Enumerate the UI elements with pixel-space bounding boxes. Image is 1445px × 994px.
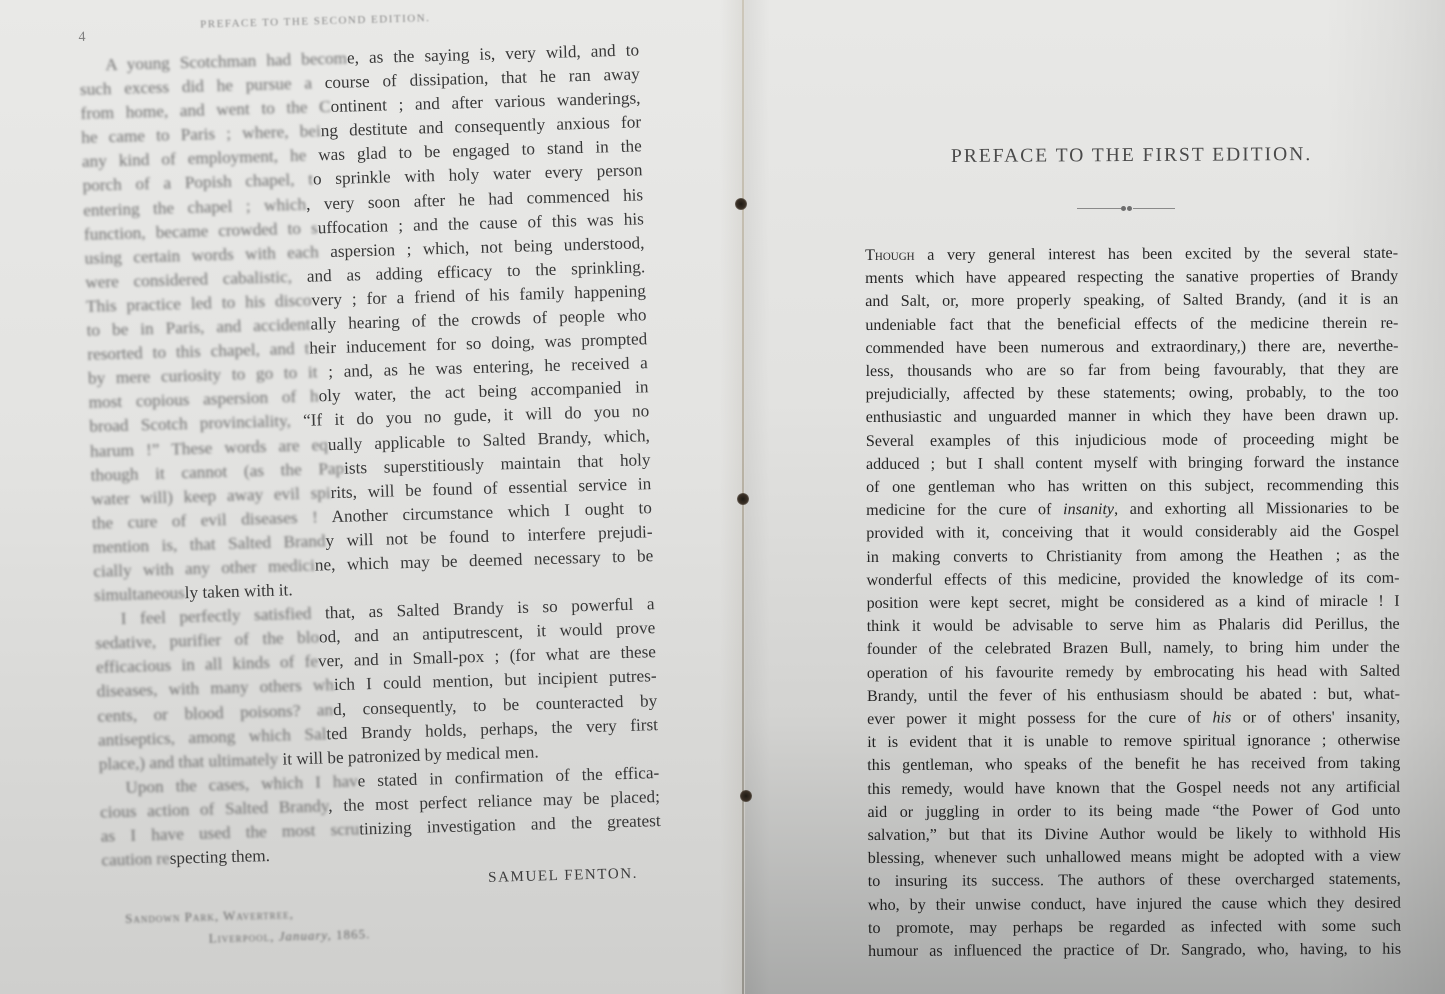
text-line: prejudicially, affected by these stateme…	[866, 381, 1399, 407]
text-line: undeniable fact that the beneficial effe…	[865, 311, 1398, 337]
text-line: founder of the celebrated Brazen Bull, n…	[867, 636, 1400, 662]
text-line: who, by their unwise conduct, have injur…	[868, 891, 1401, 917]
ornament-rule	[1077, 208, 1121, 209]
text-line: Brandy, until the fever of his enthusias…	[867, 683, 1400, 709]
text-line: enthusiastic and unguarded manner in whi…	[866, 404, 1399, 430]
text-line: think it would be advisable to serve him…	[867, 613, 1400, 639]
ornament-dot	[1121, 206, 1126, 211]
left-page-content: 4 PREFACE TO THE SECOND EDITION. A young…	[78, 4, 664, 949]
binding-stitch-hole	[735, 198, 747, 210]
text-line: aid or juggling in order to its being ma…	[867, 799, 1400, 825]
text-line: Several examples of this injudicious mod…	[866, 427, 1399, 453]
text-line: ments which have appeared respecting the…	[865, 265, 1398, 291]
text-line: it is evident that it is unable to remov…	[867, 729, 1400, 755]
text-line: less, thousands who are so far from bein…	[866, 358, 1399, 384]
text-line: in making converts to Christianity from …	[866, 543, 1399, 569]
text-line: to insuring its success. The authors of …	[868, 868, 1401, 894]
text-line: operation of his favourite remedy by emb…	[867, 659, 1400, 685]
title-ornament	[1077, 204, 1175, 214]
text-line: salvation,” but that its Divine Author w…	[868, 822, 1401, 848]
text-line: medicine for the cure of insanity, and e…	[866, 497, 1399, 523]
address-place: Liverpool,	[208, 929, 274, 946]
page-number: 4	[78, 30, 85, 46]
text-line: to promote, may perhaps be regarded as i…	[868, 915, 1401, 941]
text-line: and Salt, or, more properly speaking, of…	[865, 288, 1398, 314]
text-line: position were kept secret, might be cons…	[867, 590, 1400, 616]
binding-stitch-hole	[740, 790, 752, 802]
text-line: commended have been numerous and extraor…	[865, 334, 1398, 360]
body-text: Though a very general interest has been …	[865, 242, 1401, 964]
paragraph: A young Scotchman had become, as the say…	[79, 38, 654, 608]
drop-word: Though	[865, 247, 915, 264]
binding-stitch-hole	[737, 493, 749, 505]
text-line: this gentleman, who speaks of the benefi…	[867, 752, 1400, 778]
text-line: ever power it might possess for the cure…	[867, 706, 1400, 732]
ornament-dot	[1127, 206, 1132, 211]
text-line: this remedy, would have known that the G…	[867, 775, 1400, 801]
ornament-rule	[1133, 208, 1175, 209]
text-line: wonderful effects of this medicine, prov…	[866, 567, 1399, 593]
text-line: Though a very general interest has been …	[865, 242, 1398, 268]
text-line: adduced ; but I shall content myself wit…	[866, 451, 1399, 477]
paragraph: I feel perfectly satisfied that, as Salt…	[94, 592, 658, 776]
address-year: 1865.	[336, 926, 371, 942]
paragraph: Upon the cases, which I have stated in c…	[99, 761, 661, 873]
book-spread: 4 PREFACE TO THE SECOND EDITION. A young…	[0, 0, 1445, 994]
text-line: provided with it, conceiving that it wou…	[866, 520, 1399, 546]
running-title: PREFACE TO THE SECOND EDITION.	[200, 12, 431, 30]
chapter-title: PREFACE TO THE FIRST EDITION.	[951, 144, 1312, 168]
text-line: humour as influenced the practice of Dr.…	[868, 938, 1401, 964]
text-line: of one gentleman who has written on this…	[866, 474, 1399, 500]
address-month: January,	[278, 927, 332, 943]
text-line: blessing, whenever such unhallowed means…	[868, 845, 1401, 871]
